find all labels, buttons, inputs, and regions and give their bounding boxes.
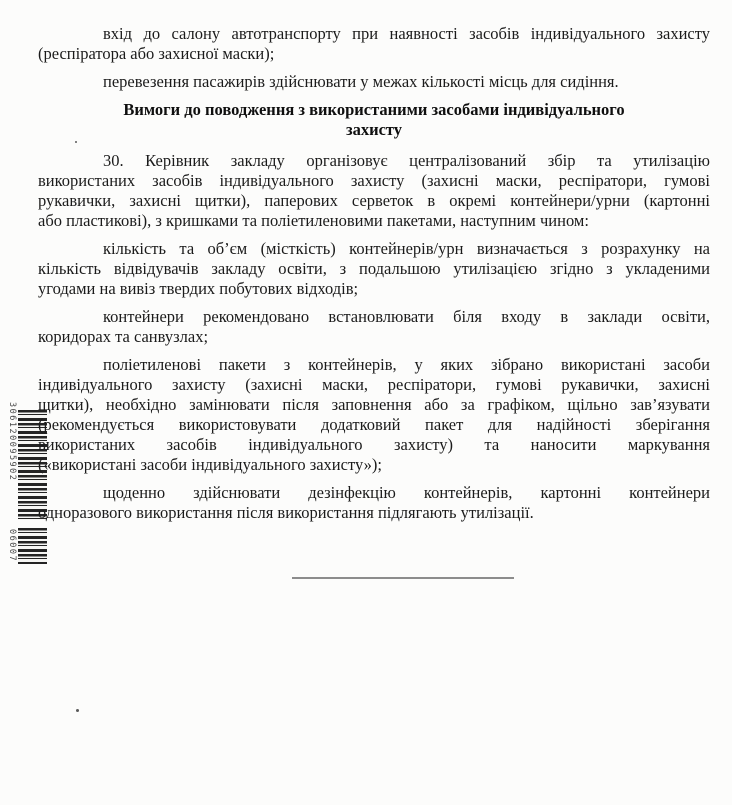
- barcode-digits-bottom: 06007: [7, 529, 17, 562]
- paragraph-passenger-limit: перевезення пасажирів здійснювати у межа…: [38, 72, 710, 92]
- signature-line: [292, 577, 514, 579]
- barcode-digits-top: 306120095902: [7, 402, 17, 481]
- paragraph-30-collection: 30. Керівник закладу організовує централ…: [38, 151, 710, 231]
- barcode-bars-bottom: [18, 528, 47, 564]
- paragraph-bag-replacement: поліетиленові пакети з контейнерів, у як…: [38, 355, 710, 475]
- section-heading: Вимоги до поводження з використаними зас…: [38, 100, 710, 140]
- paragraph-daily-disinfection: щоденно здійснювати дезінфекцію контейне…: [38, 483, 710, 523]
- paragraph-container-capacity: кількість та об’єм (місткість) контейнер…: [38, 239, 710, 299]
- ink-speck: [76, 709, 79, 712]
- scanned-document-page: 306120095902 06007 вхід до салону автотр…: [0, 0, 732, 805]
- paragraph-entry-transport: вхід до салону автотранспорту при наявно…: [38, 24, 710, 64]
- paragraph-container-placement: контейнери рекомендовано встановлювати б…: [38, 307, 710, 347]
- ink-speck: [75, 141, 77, 143]
- document-text-block: вхід до салону автотранспорту при наявно…: [38, 24, 710, 531]
